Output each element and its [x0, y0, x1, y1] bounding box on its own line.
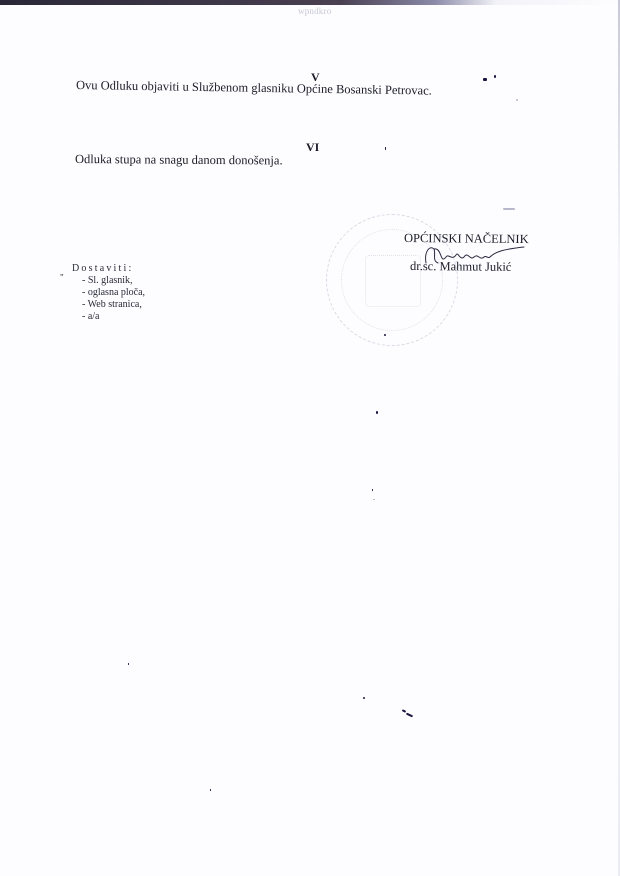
delivery-heading-text: Dostaviti:: [72, 263, 133, 274]
delivery-list: „ Dostaviti: - Sl. glasnik, - oglasna pl…: [60, 263, 145, 323]
section-number-vi: VI: [306, 140, 319, 155]
bullet-mark: „: [60, 268, 64, 277]
recipient-list: - Sl. glasnik, - oglasna ploča, - Web st…: [82, 275, 145, 323]
scan-top-edge: [0, 0, 620, 5]
scan-speck: [516, 99, 518, 101]
section-vi-text: Odluka stupa na snagu danom donošenja.: [75, 152, 283, 168]
signer-name: dr.sc. Mahmut Jukić: [410, 259, 512, 275]
scan-speck: [384, 334, 386, 336]
scan-speck: [503, 208, 515, 210]
scan-speck: [483, 78, 487, 81]
scan-speck: [128, 663, 129, 665]
recipient-item: - Sl. glasnik,: [82, 275, 145, 287]
scan-speck: [385, 147, 386, 150]
scan-speck: [376, 411, 378, 414]
scan-speck: [372, 489, 373, 491]
delivery-heading: „ Dostaviti:: [72, 263, 145, 274]
scan-speck: [373, 499, 375, 500]
faint-header-text: wpndkro: [298, 6, 331, 16]
scan-speck: [210, 789, 211, 791]
section-v-text: Ovu Odluku objaviti u Službenom glasniku…: [76, 78, 432, 99]
scan-speck: [363, 697, 365, 699]
scan-speck: [406, 713, 413, 718]
scan-speck: [494, 75, 496, 78]
recipient-item: - a/a: [82, 311, 145, 323]
recipient-item: - Web stranica,: [82, 299, 145, 311]
recipient-item: - oglasna ploča,: [82, 287, 145, 299]
